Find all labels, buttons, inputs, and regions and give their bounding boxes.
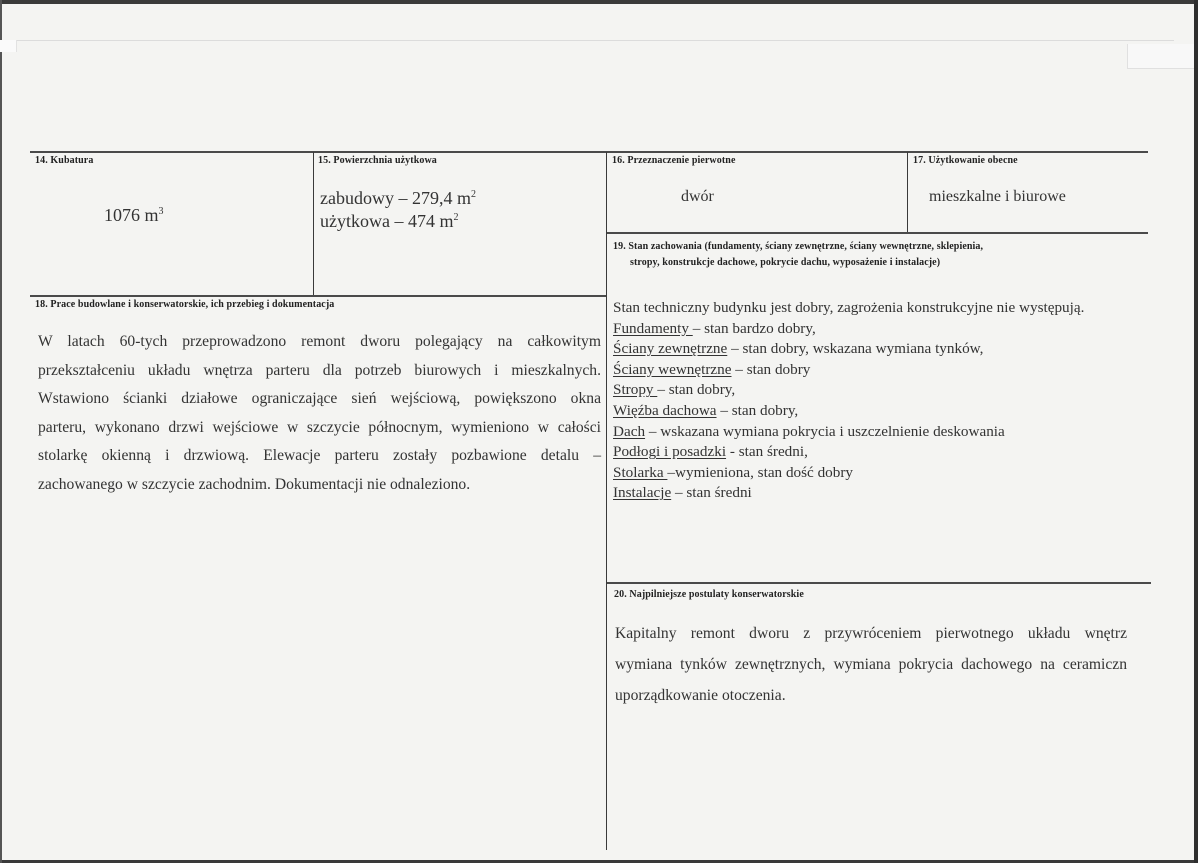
stan-term: Stropy bbox=[613, 381, 657, 398]
prace-line: W latach 60-tych przeprowadzono remont d… bbox=[38, 328, 601, 357]
postulaty-label: 20. Najpilniejsze postulaty konserwators… bbox=[614, 589, 804, 600]
rule-below-14-15 bbox=[30, 295, 606, 297]
uzytkowanie-value: mieszkalne i biurowe bbox=[929, 188, 1066, 206]
powierzchnia-zabudowy-text: zabudowy – 279,4 m bbox=[320, 188, 471, 208]
powierzchnia-zabudowy: zabudowy – 279,4 m2 bbox=[320, 188, 476, 209]
stan-desc: – stan dobry, bbox=[657, 381, 735, 398]
prace-label: 18. Prace budowlane i konserwatorskie, i… bbox=[35, 299, 334, 310]
prace-line: zachowanego w szczycie zachodnim. Dokume… bbox=[38, 471, 601, 500]
scan-top-edge bbox=[0, 0, 1198, 4]
divider-16-17 bbox=[907, 152, 908, 232]
stan-item-fundamenty: Fundamenty – stan bardzo dobry, bbox=[613, 319, 1084, 340]
postulaty-line: uporządkowanie otoczenia. bbox=[615, 680, 1127, 711]
stan-content: Stan techniczny budynku jest dobry, zagr… bbox=[613, 298, 1084, 504]
rule-below-16-17 bbox=[606, 232, 1148, 234]
prace-line: stolarkę okienną i drzwiową. Elewacje pa… bbox=[38, 442, 601, 471]
postulaty-line: wymiana tynków zewnętrznych, wymiana pok… bbox=[615, 649, 1127, 680]
kubatura-label: 14. Kubatura bbox=[35, 155, 93, 166]
stan-term: Fundamenty bbox=[613, 320, 693, 337]
stan-item-stropy: Stropy – stan dobry, bbox=[613, 380, 1084, 401]
kubatura-unit-exponent: 3 bbox=[159, 206, 164, 217]
stan-item-instalacje: Instalacje – stan średni bbox=[613, 483, 1084, 504]
stan-desc: – stan dobry, wskazana wymiana tynków, bbox=[727, 340, 983, 357]
paper-corner-right bbox=[1127, 44, 1194, 69]
scan-left-edge bbox=[0, 0, 2, 863]
stan-desc: – stan bardzo dobry, bbox=[693, 320, 816, 337]
powierzchnia-uzytkowa: użytkowa – 474 m2 bbox=[320, 211, 458, 232]
powierzchnia-uzytkowa-exponent: 2 bbox=[453, 212, 458, 223]
divider-main bbox=[606, 152, 607, 850]
stan-label-line1: 19. Stan zachowania (fundamenty, ściany … bbox=[613, 241, 983, 252]
stan-term: Instalacje bbox=[613, 484, 671, 501]
paper-fold-line bbox=[14, 40, 1174, 41]
uzytkowanie-label: 17. Użytkowanie obecne bbox=[913, 155, 1018, 166]
stan-term: Ściany zewnętrzne bbox=[613, 340, 727, 357]
stan-item-stolarka: Stolarka –wymieniona, stan dość dobry bbox=[613, 463, 1084, 484]
postulaty-line: Kapitalny remont dworu z przywróceniem p… bbox=[615, 618, 1127, 649]
kubatura-number: 1076 m bbox=[104, 205, 159, 225]
stan-desc: – stan średni bbox=[671, 484, 752, 501]
powierzchnia-uzytkowa-text: użytkowa – 474 m bbox=[320, 211, 453, 231]
stan-item-podlogi: Podłogi i posadzki - stan średni, bbox=[613, 442, 1084, 463]
stan-item-wiezba: Więźba dachowa – stan dobry, bbox=[613, 401, 1084, 422]
stan-item-sciany-zewnetrzne: Ściany zewnętrzne – stan dobry, wskazana… bbox=[613, 339, 1084, 360]
stan-desc: – stan dobry, bbox=[717, 402, 799, 419]
stan-desc: – wskazana wymiana pokrycia i uszczelnie… bbox=[645, 423, 1005, 440]
prace-line: parteru, wykonano drzwi wejściowe w szcz… bbox=[38, 414, 601, 443]
scan-right-edge bbox=[1194, 0, 1198, 863]
stan-intro: Stan techniczny budynku jest dobry, zagr… bbox=[613, 298, 1084, 319]
kubatura-value: 1076 m3 bbox=[104, 205, 164, 226]
prace-line: Wstawiono ścianki działowe ograniczające… bbox=[38, 385, 601, 414]
table-top-rule bbox=[30, 151, 1148, 153]
stan-term: Ściany wewnętrzne bbox=[613, 361, 732, 378]
stan-item-sciany-wewnetrzne: Ściany wewnętrzne – stan dobry bbox=[613, 360, 1084, 381]
stan-term: Stolarka bbox=[613, 464, 667, 481]
powierzchnia-label: 15. Powierzchnia użytkowa bbox=[318, 155, 437, 166]
prace-text: W latach 60-tych przeprowadzono remont d… bbox=[38, 328, 601, 499]
stan-term: Więźba dachowa bbox=[613, 402, 717, 419]
stan-desc: –wymieniona, stan dość dobry bbox=[667, 464, 853, 481]
divider-14-15 bbox=[313, 152, 314, 295]
stan-term: Podłogi i posadzki bbox=[613, 443, 726, 460]
stan-label-line2: stropy, konstrukcje dachowe, pokrycie da… bbox=[630, 257, 940, 268]
postulaty-text: Kapitalny remont dworu z przywróceniem p… bbox=[615, 618, 1127, 711]
rule-above-20 bbox=[606, 582, 1151, 584]
stan-desc: - stan średni, bbox=[726, 443, 808, 460]
stan-term: Dach bbox=[613, 423, 645, 440]
paper-corner-left bbox=[0, 40, 17, 52]
stan-item-dach: Dach – wskazana wymiana pokrycia i uszcz… bbox=[613, 422, 1084, 443]
przeznaczenie-label: 16. Przeznaczenie pierwotne bbox=[612, 155, 736, 166]
stan-desc: – stan dobry bbox=[732, 361, 811, 378]
powierzchnia-zabudowy-exponent: 2 bbox=[471, 189, 476, 200]
przeznaczenie-value: dwór bbox=[681, 188, 714, 206]
prace-line: przekształceniu układu wnętrza parteru d… bbox=[38, 357, 601, 386]
